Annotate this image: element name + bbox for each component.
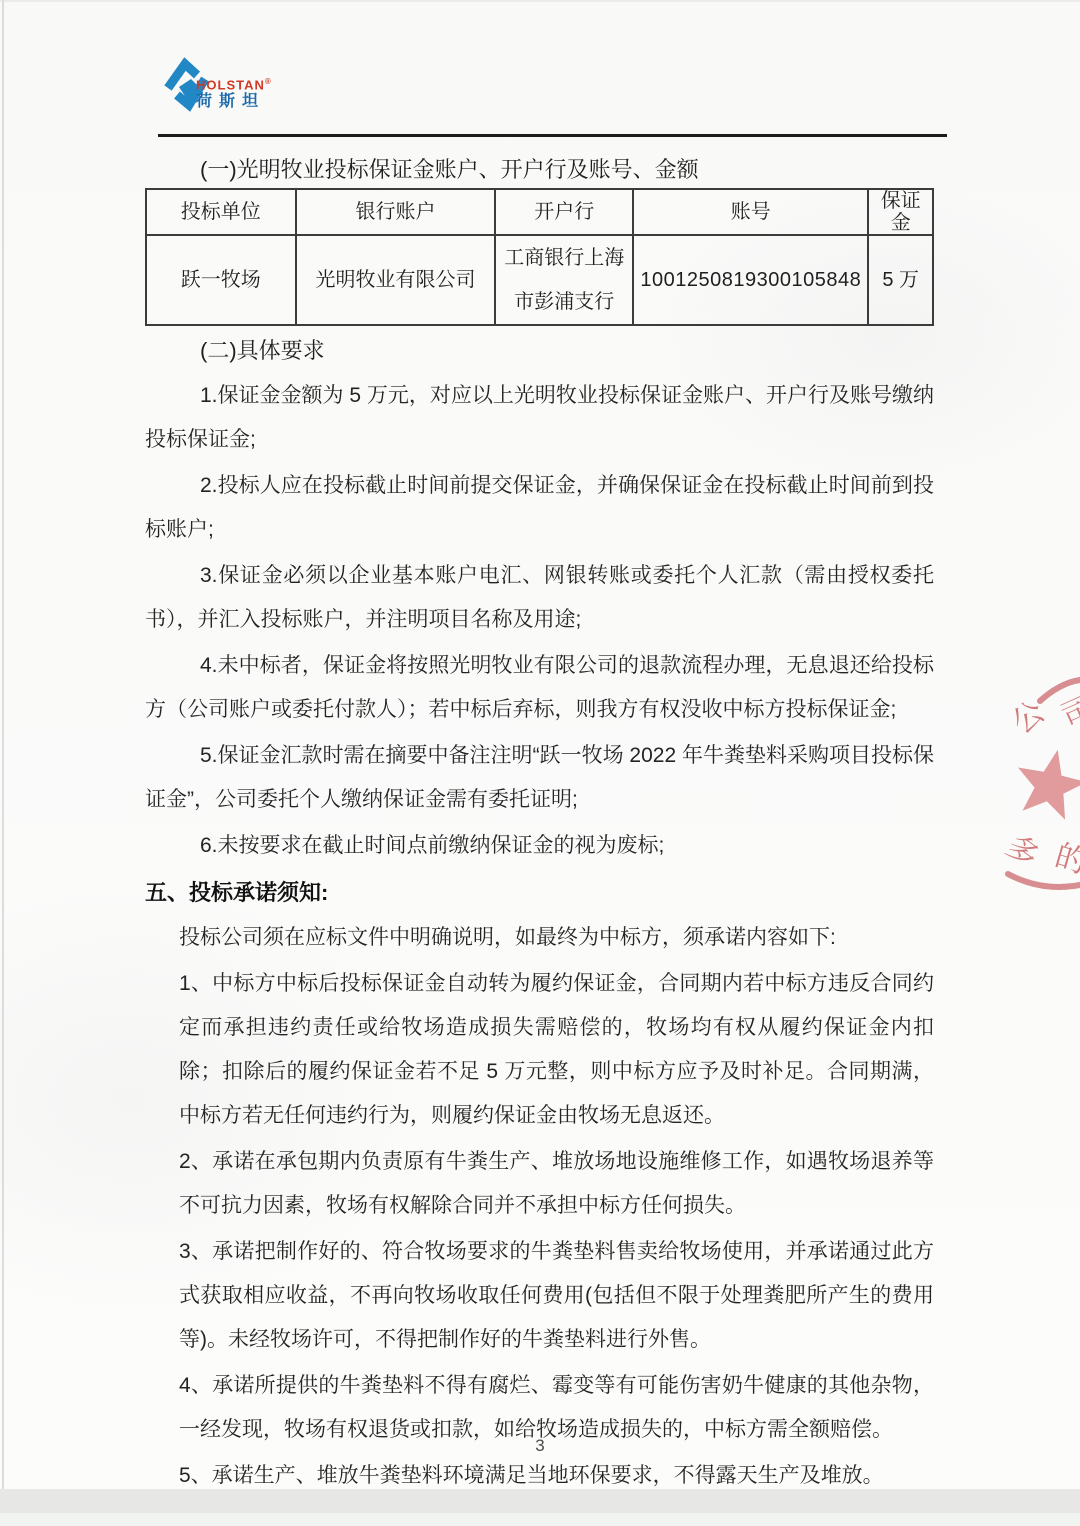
section5-body: 投标公司须在应标文件中明确说明，如最终为中标方，须承诺内容如下: 1、中标方中标…	[145, 916, 934, 1498]
document-page: HOLSTAN® 荷斯坦 (一)光明牧业投标保证金账户、开户行及账号、金额 投标…	[0, 0, 1080, 1526]
requirement-item-4: 4.未中标者，保证金将按照光明牧业有限公司的退款流程办理，无息退还给投标方（公司…	[145, 644, 934, 732]
seal-char-top-2: 司	[1056, 690, 1080, 735]
requirement-item-5: 5.保证金汇款时需在摘要中备注注明“跃一牧场 2022 年牛粪垫料采购项目投标保…	[145, 734, 934, 822]
requirement-item-3: 3.保证金必须以企业基本账户电汇、网银转账或委托个人汇款（需由授权委托书），并汇…	[145, 554, 934, 642]
commitment-intro: 投标公司须在应标文件中明确说明，如最终为中标方，须承诺内容如下:	[179, 916, 934, 960]
page-number: 3	[0, 1436, 1080, 1456]
col-header-bank-branch: 开户行	[495, 189, 633, 235]
logo-brand-cn: 荷斯坦	[196, 94, 272, 110]
header-divider	[158, 134, 947, 137]
cell-account-number: 1001250819300105848	[633, 235, 868, 325]
company-seal-stamp: 公 司 多 的	[1000, 670, 1080, 890]
commitment-item-2: 2、承诺在承包期内负责原有牛粪生产、堆放场地设施维修工作，如遇牧场退养等不可抗力…	[179, 1140, 934, 1228]
cell-deposit: 5 万	[868, 235, 933, 325]
col-header-account-number: 账号	[633, 189, 868, 235]
scan-edge-bottom-strip	[0, 1513, 1080, 1526]
cell-bank-branch: 工商银行上海市彭浦支行	[495, 235, 633, 325]
seal-char-bottom-2: 的	[1051, 838, 1080, 880]
document-body: (一)光明牧业投标保证金账户、开户行及账号、金额 投标单位 银行账户 开户行 账…	[145, 152, 934, 1500]
commitment-item-3: 3、承诺把制作好的、符合牧场要求的牛粪垫料售卖给牧场使用，并承诺通过此方式获取相…	[179, 1230, 934, 1362]
cell-bank-account: 光明牧业有限公司	[296, 235, 496, 325]
logo-brand-en: HOLSTAN®	[196, 78, 272, 91]
requirement-item-6: 6.未按要求在截止时间点前缴纳保证金的视为废标;	[145, 824, 934, 868]
col-header-deposit: 保证金	[868, 189, 933, 235]
registered-mark: ®	[265, 77, 272, 86]
commitment-item-1: 1、中标方中标后投标保证金自动转为履约保证金，合同期内若中标方违反合同约定而承担…	[179, 962, 934, 1138]
section2-heading: (二)具体要求	[145, 328, 934, 374]
deposit-account-table: 投标单位 银行账户 开户行 账号 保证金 跃一牧场 光明牧业有限公司 工商银行上…	[145, 188, 934, 326]
section1-heading: (一)光明牧业投标保证金账户、开户行及账号、金额	[145, 152, 934, 188]
scan-edge-left	[2, 0, 4, 1526]
holstan-logo: HOLSTAN® 荷斯坦	[158, 54, 318, 124]
col-header-bank-account: 银行账户	[296, 189, 496, 235]
col-header-bidder: 投标单位	[146, 189, 296, 235]
seal-star	[1018, 750, 1080, 820]
commitment-item-5: 5、承诺生产、堆放牛粪垫料环境满足当地环保要求，不得露天生产及堆放。	[179, 1454, 934, 1498]
seal-char-bottom-1: 多	[1000, 828, 1046, 875]
requirement-item-2: 2.投标人应在投标截止时间前提交保证金，并确保保证金在投标截止时间前到投标账户;	[145, 464, 934, 552]
cell-bidder: 跃一牧场	[146, 235, 296, 325]
table-header-row: 投标单位 银行账户 开户行 账号 保证金	[146, 189, 933, 235]
requirement-item-1: 1.保证金金额为 5 万元，对应以上光明牧业投标保证金账户、开户行及账号缴纳投标…	[145, 374, 934, 462]
scan-edge-top	[0, 0, 1080, 2]
section5-heading: 五、投标承诺须知:	[145, 870, 934, 916]
table-row: 跃一牧场 光明牧业有限公司 工商银行上海市彭浦支行 10012508193001…	[146, 235, 933, 325]
